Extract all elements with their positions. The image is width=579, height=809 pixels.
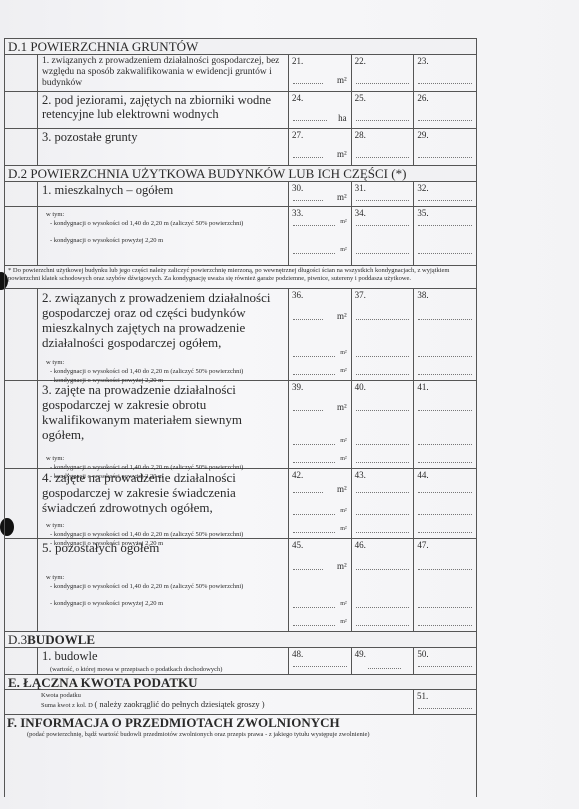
field-50[interactable]: 50. (414, 648, 476, 674)
d2-row-label: 5. pozostałych ogółem (42, 540, 284, 555)
field-44[interactable]: 44. (414, 469, 476, 538)
field-28[interactable]: 28. (352, 129, 415, 165)
d1-row-1-label: 1. związanych z prowadzeniem działalnośc… (38, 55, 289, 91)
field-24[interactable]: 24.ha (289, 92, 352, 128)
field-46[interactable]: 46. (352, 539, 415, 631)
field-30[interactable]: 30.m² (289, 182, 352, 206)
d2-row-1-label: 1. mieszkalnych – ogółem (38, 182, 289, 206)
d3-row-1-label: 1. budowle (42, 649, 284, 663)
field-27[interactable]: 27.m² (289, 129, 352, 165)
d1-row-3: 3. pozostałe grunty 27.m² 28. 29. (5, 129, 476, 166)
d2-row-label: 4. zajęte na prowadzenie działalności go… (42, 470, 284, 515)
field-31[interactable]: 31. (352, 182, 415, 206)
d1-row-3-label: 3. pozostałe grunty (38, 129, 289, 165)
d2-row-label: 3. zajęte na prowadzenie działalności go… (42, 382, 284, 442)
field-23[interactable]: 23. (414, 55, 476, 91)
field-35[interactable]: 35. (414, 207, 476, 265)
field-47[interactable]: 47. (414, 539, 476, 631)
d1-row-1: 1. związanych z prowadzeniem działalnośc… (5, 55, 476, 92)
section-title: D.2 POWIERZCHNIA UŻYTKOWA BUDYNKÓW LUB I… (8, 166, 406, 181)
d2-row-1: 1. mieszkalnych – ogółem 30.m² 31. 32. (5, 182, 476, 207)
d1-row-2: 2. pod jeziorami, zajętych na zbiorniki … (5, 92, 476, 129)
section-d2-header: D.2 POWIERZCHNIA UŻYTKOWA BUDYNKÓW LUB I… (5, 166, 476, 182)
field-29[interactable]: 29. (414, 129, 476, 165)
e-line2: ( należy zaokrąglić do pełnych dziesiąte… (94, 699, 264, 709)
section-f-subtitle: (podać powierzchnię, bądź wartość budowl… (5, 731, 476, 738)
field-32[interactable]: 32. (414, 182, 476, 206)
field-45[interactable]: 45.m²m²m² (289, 539, 352, 631)
d2-row-1-sub: w tym: - kondygnacji o wysokości od 1,40… (5, 207, 476, 266)
section-d1-header: D.1 POWIERZCHNIA GRUNTÓW (5, 39, 476, 55)
d1-row-2-label: 2. pod jeziorami, zajętych na zbiorniki … (38, 92, 289, 128)
field-34[interactable]: 34. (352, 207, 415, 265)
d2-footnote: * Do powierzchni użytkowej budynku lub j… (5, 266, 476, 289)
field-51[interactable]: 51. (414, 690, 476, 714)
field-37[interactable]: 37. (352, 289, 415, 380)
field-40[interactable]: 40. (352, 381, 415, 468)
d2-row-3: 3. zajęte na prowadzenie działalności go… (5, 381, 476, 469)
d3-row-1: 1. budowle (wartość, o której mowa w prz… (5, 648, 476, 675)
field-36[interactable]: 36.m²m²m² (289, 289, 352, 380)
field-41[interactable]: 41. (414, 381, 476, 468)
field-25[interactable]: 25. (352, 92, 415, 128)
field-39[interactable]: 39.m²m²m² (289, 381, 352, 468)
field-49[interactable]: 49. (352, 648, 415, 674)
field-26[interactable]: 26. (414, 92, 476, 128)
field-38[interactable]: 38. (414, 289, 476, 380)
section-d3-header: D.3 BUDOWLE (5, 632, 476, 648)
field-33[interactable]: 33.m²m² (289, 207, 352, 265)
field-22[interactable]: 22. (352, 55, 415, 91)
d2-row-label: 2. związanych z prowadzeniem działalnośc… (42, 290, 284, 350)
section-e-header: E. ŁĄCZNA KWOTA PODATKU (5, 675, 476, 690)
d2-row-2: 2. związanych z prowadzeniem działalnośc… (5, 289, 476, 381)
d2-row-5: 5. pozostałych ogółem w tym: - kondygnac… (5, 539, 476, 632)
e-row: Kwota podatku Suma kwot z kol. D ( należ… (5, 690, 476, 715)
field-48[interactable]: 48. (289, 648, 352, 674)
section-f-title: F. INFORMACJA O PRZEDMIOTACH ZWOLNIONYCH (5, 715, 476, 731)
section-f: F. INFORMACJA O PRZEDMIOTACH ZWOLNIONYCH… (5, 715, 476, 797)
field-43[interactable]: 43. (352, 469, 415, 538)
section-title: D.1 POWIERZCHNIA GRUNTÓW (8, 39, 198, 54)
tax-form: D.1 POWIERZCHNIA GRUNTÓW 1. związanych z… (4, 38, 477, 797)
field-21[interactable]: 21.m² (289, 55, 352, 91)
d2-row-4: 4. zajęte na prowadzenie działalności go… (5, 469, 476, 539)
field-42[interactable]: 42.m²m²m² (289, 469, 352, 538)
